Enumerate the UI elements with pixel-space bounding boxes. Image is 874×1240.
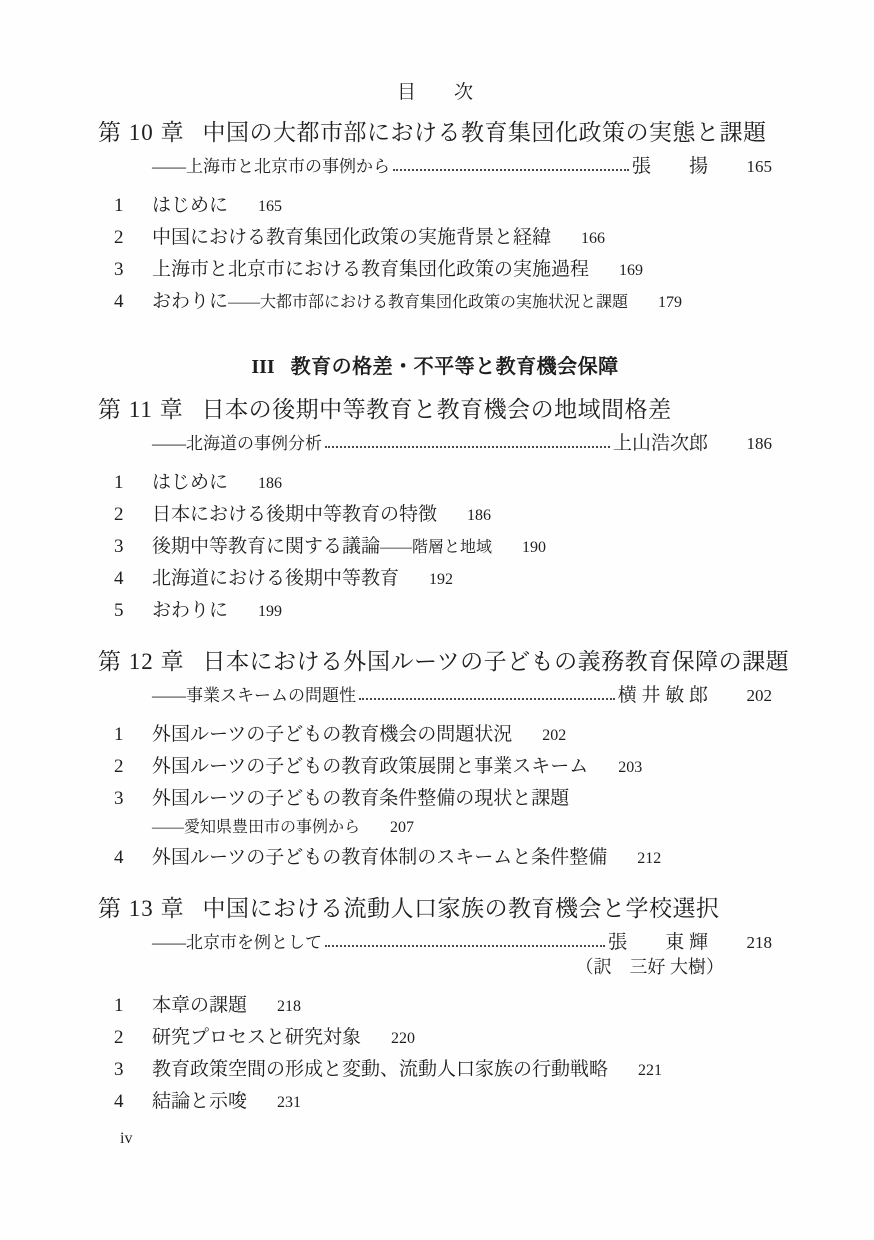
chapter-13-subtitle-row: ——北京市を例として 張 東 輝 218 [152,931,772,955]
item-number: 4 [114,842,152,873]
item-number: 1 [114,719,152,750]
chapter-12-items: 1 外国ルーツの子どもの教育機会の問題状況 202 2 外国ルーツの子どもの教育… [98,719,772,874]
item-title: 本章の課題 [152,990,247,1021]
dot-leader [325,446,610,448]
chapter-11-items: 1 はじめに 186 2 日本における後期中等教育の特徴 186 3 後期中等教… [98,467,772,627]
chapter-10-heading: 第 10 章 中国の大都市部における教育集団化政策の実態と課題 [98,118,772,148]
item-subtitle: ——大都市部における教育集団化政策の実施状況と課題 [228,287,628,318]
chapter-12-page: 202 [742,684,772,708]
chapter-10-subtitle: ——上海市と北京市の事例から [152,155,390,179]
item-page: 186 [467,500,491,531]
item-title: おわりに [152,286,228,317]
item-title: 日本における後期中等教育の特徴 [152,499,437,530]
item-number: 2 [114,499,152,530]
item-page: 199 [258,596,282,627]
chapter-13-page: 218 [742,931,772,955]
chapter-10-subtitle-row: ——上海市と北京市の事例から 張 揚 165 [152,155,772,179]
toc-item: 4 おわりに ——大都市部における教育集団化政策の実施状況と課題 179 [98,286,772,318]
chapter-13-heading: 第 13 章 中国における流動人口家族の教育機会と学校選択 [98,894,772,924]
toc-item: 2 研究プロセスと研究対象 220 [98,1022,772,1054]
chapter-12-heading: 第 12 章 日本における外国ルーツの子どもの義務教育保障の課題 [98,647,772,677]
item-number: 4 [114,563,152,594]
toc-item: 1 はじめに 165 [98,190,772,222]
item-page: 179 [658,287,682,318]
item-number: 3 [114,531,152,562]
chapter-11-title: 日本の後期中等教育と教育機会の地域間格差 [202,395,672,425]
chapter-10-title: 中国の大都市部における教育集団化政策の実態と課題 [203,118,767,148]
item-title: はじめに [152,467,228,498]
item-page: 190 [522,532,546,563]
chapter-11-page: 186 [742,432,772,456]
chapter-10-author: 張 揚 [632,155,708,179]
item-title: はじめに [152,190,228,221]
item-title: 外国ルーツの子どもの教育政策展開と事業スキーム [152,751,588,782]
item-title: 研究プロセスと研究対象 [152,1022,361,1053]
chapter-11-author: 上山浩次郎 [613,432,708,456]
chapter-13-author: 張 東 輝 [608,931,708,955]
item-subtitle: ——階層と地域 [380,532,492,563]
item-page: 218 [277,991,301,1022]
item-title: 外国ルーツの子どもの教育体制のスキームと条件整備 [152,842,607,873]
dot-leader [393,169,629,171]
item-number: 1 [114,467,152,498]
item-number: 2 [114,1022,152,1053]
toc-item: 5 おわりに 199 [98,595,772,627]
chapter-13-translator-row: （訳 三好 大樹） [98,955,772,979]
toc-item: 3 上海市と北京市における教育集団化政策の実施過程 169 [98,254,772,286]
chapter-11-subtitle: ——北海道の事例分析 [152,432,322,456]
toc-content: 目 次 第 10 章 中国の大都市部における教育集団化政策の実態と課題 ——上海… [98,0,772,1118]
toc-item: 2 外国ルーツの子どもの教育政策展開と事業スキーム 203 [98,751,772,783]
part-3-numeral: III [251,356,274,378]
item-number: 4 [114,286,152,317]
toc-item: 3 外国ルーツの子どもの教育条件整備の現状と課題 [98,783,772,814]
item-title: 北海道における後期中等教育 [152,563,399,594]
item-number: 2 [114,751,152,782]
toc-title: 目 次 [98,80,772,106]
item-number: 5 [114,595,152,626]
item-title: 教育政策空間の形成と変動、流動人口家族の行動戦略 [152,1054,608,1085]
toc-item: 1 外国ルーツの子どもの教育機会の問題状況 202 [98,719,772,751]
page-folio: iv [120,1128,132,1150]
chapter-10-page: 165 [742,155,772,179]
toc-page: 目 次 第 10 章 中国の大都市部における教育集団化政策の実態と課題 ——上海… [0,0,874,1240]
toc-item-subline: ——愛知県豊田市の事例から 207 [98,814,772,842]
item-page: 231 [277,1087,301,1118]
chapter-12-subtitle-row: ——事業スキームの問題性 横 井 敏 郎 202 [152,684,772,708]
item-number: 3 [114,254,152,285]
item-page: 220 [391,1023,415,1054]
item-title: 外国ルーツの子どもの教育条件整備の現状と課題 [152,783,569,814]
chapter-13-label: 第 13 章 [98,894,185,924]
chapter-11-heading: 第 11 章 日本の後期中等教育と教育機会の地域間格差 [98,395,772,425]
item-page: 202 [542,720,566,751]
item-subline-text: ——愛知県豊田市の事例から [152,814,360,842]
toc-item: 3 教育政策空間の形成と変動、流動人口家族の行動戦略 221 [98,1054,772,1086]
item-number: 2 [114,222,152,253]
item-page: 165 [258,191,282,222]
item-page: 203 [618,752,642,783]
chapter-12-author: 横 井 敏 郎 [618,684,708,708]
chapter-10-items: 1 はじめに 165 2 中国における教育集団化政策の実施背景と経緯 166 3… [98,190,772,318]
chapter-11-subtitle-row: ——北海道の事例分析 上山浩次郎 186 [152,432,772,456]
chapter-11-label: 第 11 章 [98,395,184,425]
item-page: 169 [619,255,643,286]
toc-item: 3 後期中等教育に関する議論 ——階層と地域 190 [98,531,772,563]
toc-item: 2 中国における教育集団化政策の実施背景と経緯 166 [98,222,772,254]
item-page: 212 [637,843,661,874]
item-page: 207 [390,814,414,842]
item-number: 3 [114,783,152,814]
item-number: 3 [114,1054,152,1085]
item-title: 後期中等教育に関する議論 [152,531,380,562]
item-title: 上海市と北京市における教育集団化政策の実施過程 [152,254,589,285]
item-page: 186 [258,468,282,499]
chapter-10-label: 第 10 章 [98,118,185,148]
toc-item: 1 本章の課題 218 [98,990,772,1022]
chapter-13-translator: （訳 三好 大樹） [576,955,725,979]
toc-item: 4 北海道における後期中等教育 192 [98,563,772,595]
chapter-13-items: 1 本章の課題 218 2 研究プロセスと研究対象 220 3 教育政策空間の形… [98,990,772,1118]
toc-item: 4 結論と示唆 231 [98,1086,772,1118]
part-3-heading: III教育の格差・不平等と教育機会保障 [98,353,772,381]
item-number: 1 [114,190,152,221]
item-number: 1 [114,990,152,1021]
dot-leader [325,945,605,947]
part-3-title: 教育の格差・不平等と教育機会保障 [291,356,619,378]
chapter-13-subtitle: ——北京市を例として [152,931,322,955]
item-page: 221 [638,1055,662,1086]
item-number: 4 [114,1086,152,1117]
chapter-12-subtitle: ——事業スキームの問題性 [152,684,356,708]
item-title: 中国における教育集団化政策の実施背景と経緯 [152,222,551,253]
item-title: おわりに [152,595,228,626]
chapter-12-title: 日本における外国ルーツの子どもの義務教育保障の課題 [203,647,790,677]
toc-item: 2 日本における後期中等教育の特徴 186 [98,499,772,531]
item-page: 192 [429,564,453,595]
chapter-12-label: 第 12 章 [98,647,185,677]
toc-item: 4 外国ルーツの子どもの教育体制のスキームと条件整備 212 [98,842,772,874]
item-title: 外国ルーツの子どもの教育機会の問題状況 [152,719,512,750]
dot-leader [359,698,615,700]
chapter-13-title: 中国における流動人口家族の教育機会と学校選択 [203,894,720,924]
item-title: 結論と示唆 [152,1086,247,1117]
item-page: 166 [581,223,605,254]
toc-item: 1 はじめに 186 [98,467,772,499]
